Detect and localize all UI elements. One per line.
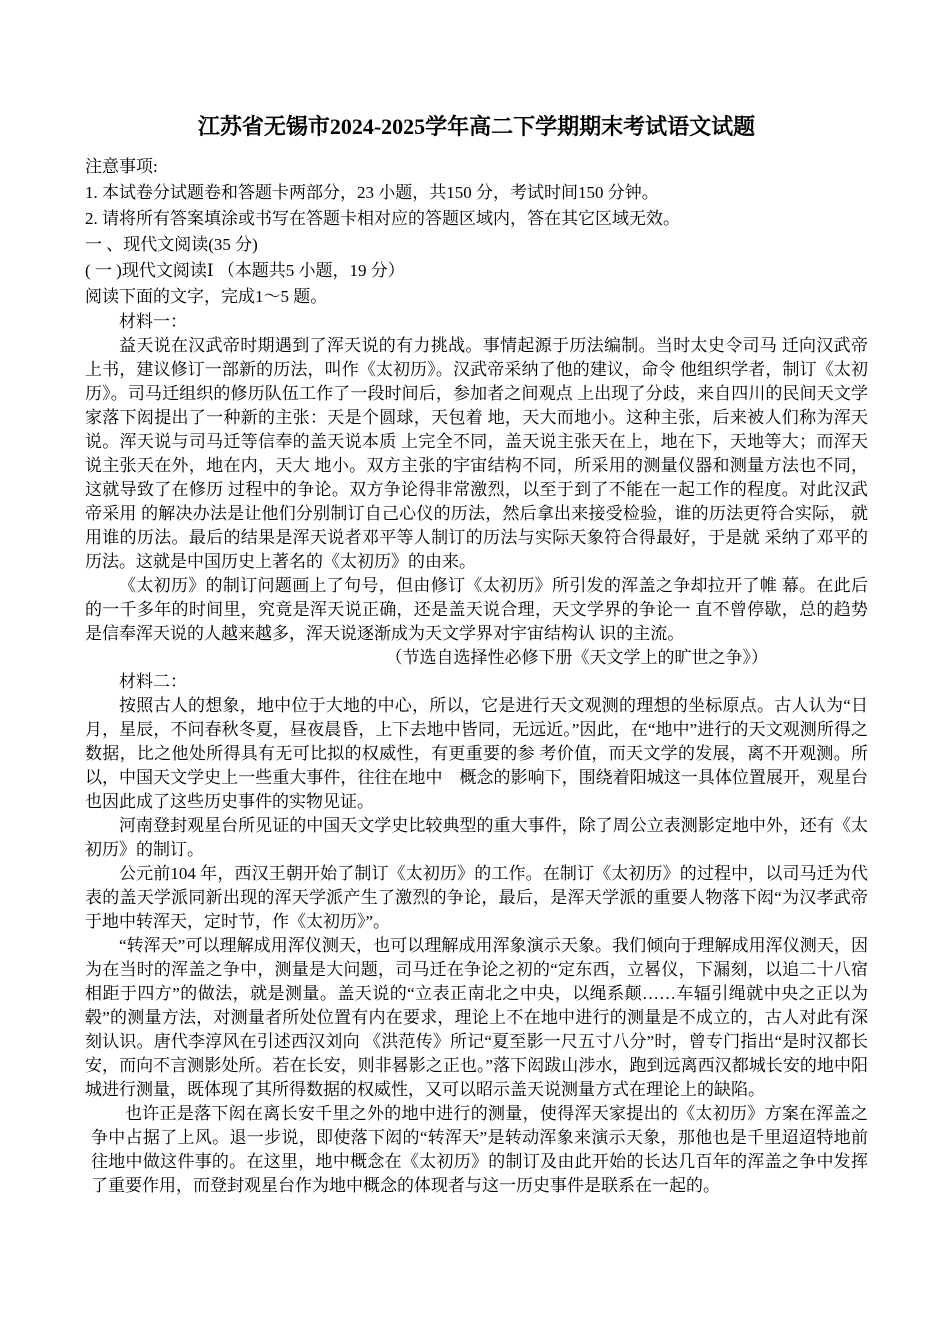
material1-label: 材料一： bbox=[85, 310, 868, 334]
material2-paragraph-2: 河南登封观星台所见证的中国天文学史比较典型的重大事件，除了周公立表测影定地中外，… bbox=[85, 814, 868, 862]
material2-paragraph-1: 按照古人的想象，地中位于大地的中心，所以，它是进行天文观测的理想的坐标原点。古人… bbox=[85, 694, 868, 814]
reading-instruction: 阅读下面的文字，完成1～5 题。 bbox=[85, 284, 868, 310]
exam-paper-page: 江苏省无锡市2024-2025学年高二下学期期末考试语文试题 注意事项: 1. … bbox=[0, 0, 950, 1344]
section-heading: 一 、现代文阅读(35 分) bbox=[85, 232, 868, 258]
material1-paragraph-2: 《太初历》的制订问题画上了句号，但由修订《太初历》所引发的浑盖之争却拉开了帷 幕… bbox=[85, 574, 868, 646]
notice-heading: 注意事项: bbox=[85, 154, 868, 180]
material1-attribution: （节选自选择性必修下册《天文学上的旷世之争》） bbox=[85, 646, 868, 670]
material2-paragraph-4: “转浑天”可以理解成用浑仪测天，也可以理解成用浑象演示天象。我们倾向于理解成用浑… bbox=[85, 934, 868, 1102]
notice-item-2: 2. 请将所有答案填涂或书写在答题卡相对应的答题区域内，答在其它区域无效。 bbox=[85, 206, 868, 232]
material2-paragraph-5: 也许正是落下闳在离长安千里之外的地中进行的测量，使得浑天家提出的《太初历》方案在… bbox=[85, 1102, 868, 1198]
material2-label: 材料二： bbox=[85, 670, 868, 694]
notice-item-1: 1. 本试卷分试题卷和答题卡两部分，23 小题，共150 分，考试时间150 分… bbox=[85, 180, 868, 206]
subsection-heading: ( 一 )现代文阅读Ⅰ （本题共5 小题，19 分） bbox=[85, 258, 868, 284]
page-title: 江苏省无锡市2024-2025学年高二下学期期末考试语文试题 bbox=[85, 112, 868, 142]
material2-paragraph-3: 公元前104 年，西汉王朝开始了制订《太初历》的工作。在制订《太初历》的过程中，… bbox=[85, 862, 868, 934]
material1-paragraph-1: 益天说在汉武帝时期遇到了浑天说的有力挑战。事情起源于历法编制。当时太史令司马 迁… bbox=[85, 334, 868, 574]
